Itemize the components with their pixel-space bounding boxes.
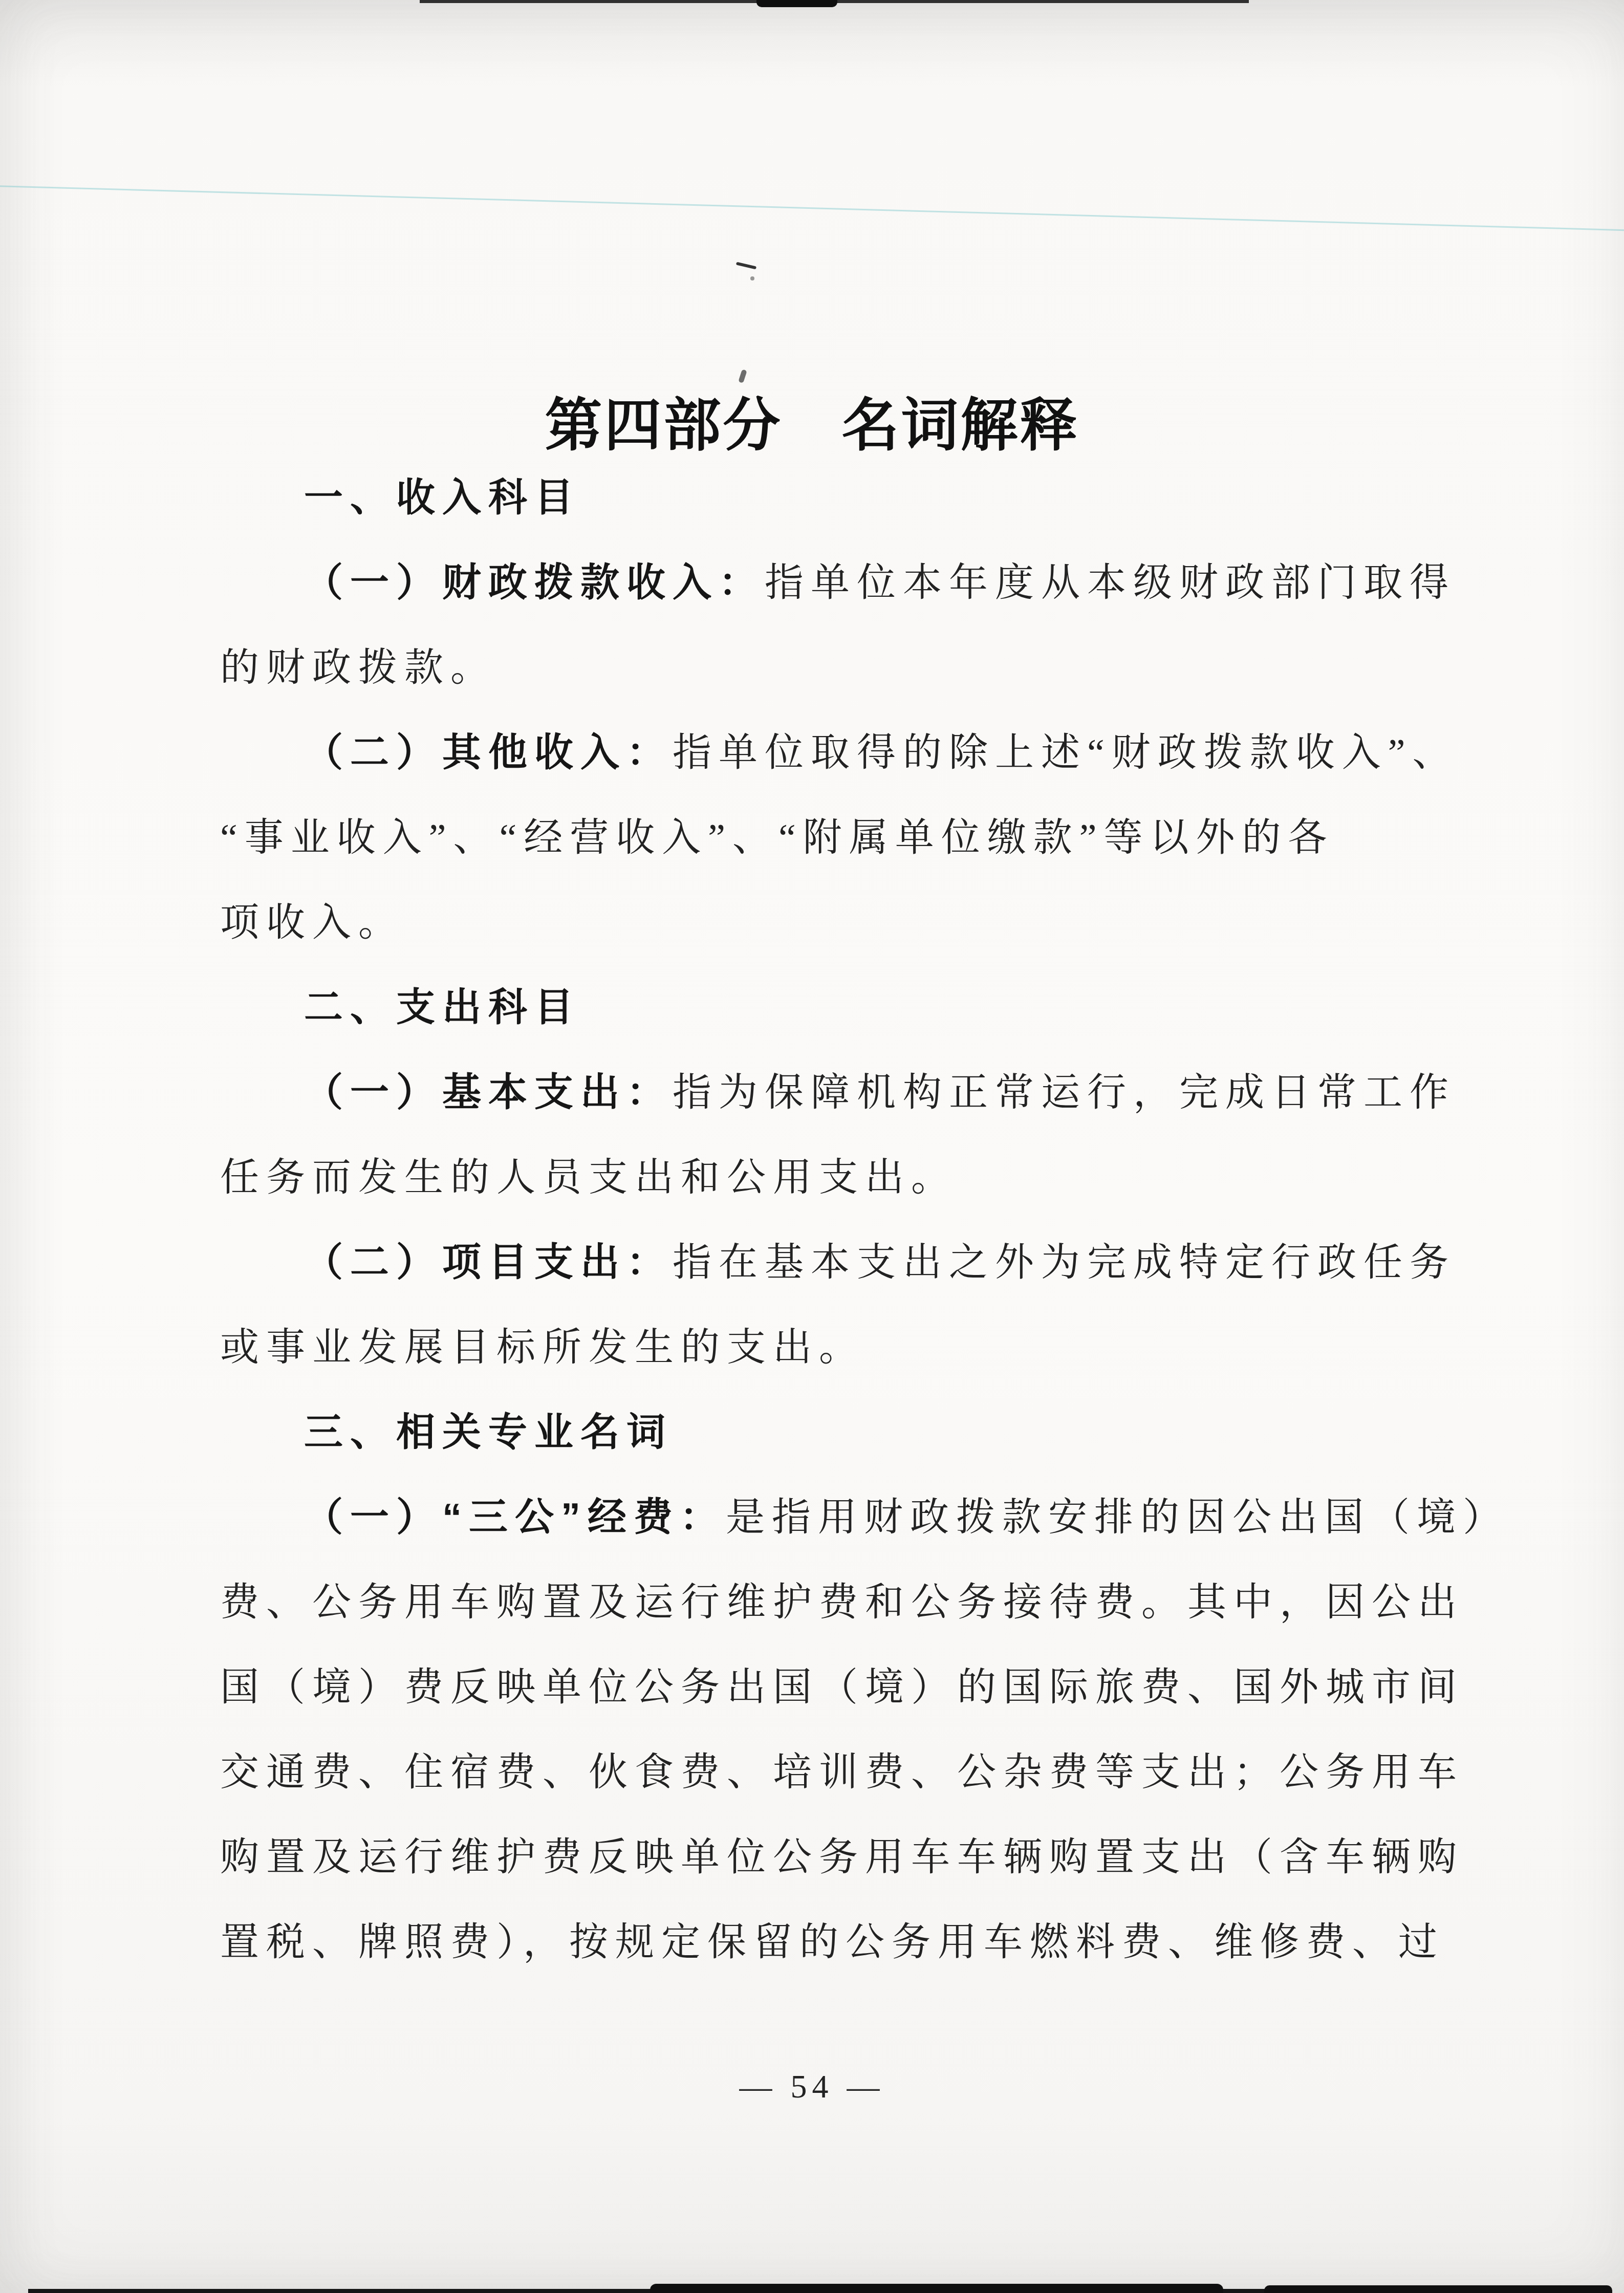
text-segment-emphasis: （一）“三公”经费： <box>304 1496 726 1539</box>
text-segment-emphasis: （一）基本支出： <box>304 1071 673 1114</box>
text-line: 国（境）费反映单位公务出国（境）的国际旅费、国外城市间 <box>220 1645 1413 1730</box>
text-line: 三、相关专业名词 <box>220 1390 1413 1475</box>
text-segment: 置税、牌照费），按规定保留的公务用车燃料费、维修费、过 <box>220 1921 1444 1964</box>
text-segment: 费、公务用车购置及运行维护费和公务接待费。其中，因公出 <box>220 1581 1464 1624</box>
text-block: 一、收入科目（一）财政拨款收入：指单位本年度从本级财政部门取得的财政拨款。（二）… <box>220 456 1413 1985</box>
text-segment: 指单位本年度从本级财政部门取得 <box>765 561 1456 604</box>
text-line: 的财政拨款。 <box>220 625 1413 710</box>
text-segment: 国（境）费反映单位公务出国（境）的国际旅费、国外城市间 <box>220 1666 1464 1709</box>
text-segment: 指为保障机构正常运行，完成日常工作 <box>673 1071 1456 1114</box>
text-segment: 或事业发展目标所发生的支出。 <box>220 1326 865 1369</box>
text-line: 或事业发展目标所发生的支出。 <box>220 1305 1413 1390</box>
scanned-document-page: 第四部分 名词解释 一、收入科目（一）财政拨款收入：指单位本年度从本级财政部门取… <box>0 0 1624 2293</box>
page-title: 第四部分 名词解释 <box>0 380 1624 462</box>
text-line: 二、支出科目 <box>220 965 1413 1050</box>
text-line: （二）项目支出：指在基本支出之外为完成特定行政任务 <box>220 1220 1413 1305</box>
text-line: （一）财政拨款收入：指单位本年度从本级财政部门取得 <box>220 540 1413 625</box>
page-number: — 54 — <box>0 2068 1624 2106</box>
text-line: 项收入。 <box>220 880 1413 965</box>
text-segment-emphasis: 三、相关专业名词 <box>304 1411 673 1454</box>
text-segment-emphasis: 二、支出科目 <box>304 986 580 1029</box>
text-line: （一）“三公”经费：是指用财政拨款安排的因公出国（境） <box>220 1475 1413 1560</box>
text-segment: 指单位取得的除上述“财政拨款收入”、 <box>673 731 1458 774</box>
text-line: 交通费、住宿费、伙食费、培训费、公杂费等支出；公务用车 <box>220 1730 1413 1815</box>
text-line: 任务而发生的人员支出和公用支出。 <box>220 1135 1413 1220</box>
scan-artifact-ink-speck <box>736 262 756 270</box>
text-line: “事业收入”、“经营收入”、“附属单位缴款”等以外的各 <box>220 795 1413 880</box>
scan-artifact-top-blob <box>756 0 837 7</box>
text-segment: 的财政拨款。 <box>220 646 496 689</box>
scan-artifact-bottom-blob-right <box>1264 2285 1612 2293</box>
text-segment: 指在基本支出之外为完成特定行政任务 <box>673 1241 1456 1284</box>
text-segment-emphasis: （一）财政拨款收入： <box>304 561 765 604</box>
text-segment: 项收入。 <box>220 901 404 944</box>
text-segment: 购置及运行维护费反映单位公务用车车辆购置支出（含车辆购 <box>220 1836 1464 1879</box>
text-segment: 任务而发生的人员支出和公用支出。 <box>220 1156 957 1199</box>
text-segment: 是指用财政拨款安排的因公出国（境） <box>726 1496 1509 1539</box>
text-line: （二）其他收入：指单位取得的除上述“财政拨款收入”、 <box>220 710 1413 795</box>
text-segment: “事业收入”、“经营收入”、“附属单位缴款”等以外的各 <box>220 816 1334 859</box>
text-line: 费、公务用车购置及运行维护费和公务接待费。其中，因公出 <box>220 1560 1413 1645</box>
text-segment-emphasis: （二）其他收入： <box>304 731 673 774</box>
text-line: 置税、牌照费），按规定保留的公务用车燃料费、维修费、过 <box>220 1900 1413 1985</box>
text-line: 购置及运行维护费反映单位公务用车车辆购置支出（含车辆购 <box>220 1815 1413 1900</box>
text-segment: 交通费、住宿费、伙食费、培训费、公杂费等支出；公务用车 <box>220 1751 1464 1794</box>
scan-artifact-cyan-line <box>0 185 1624 231</box>
text-line: 一、收入科目 <box>220 456 1413 540</box>
scan-artifact-bottom-blob-mid <box>650 2284 1223 2293</box>
scan-artifact-ink-dot <box>750 276 754 280</box>
text-segment-emphasis: 一、收入科目 <box>304 476 580 520</box>
text-segment-emphasis: （二）项目支出： <box>304 1241 673 1284</box>
text-line: （一）基本支出：指为保障机构正常运行，完成日常工作 <box>220 1050 1413 1135</box>
